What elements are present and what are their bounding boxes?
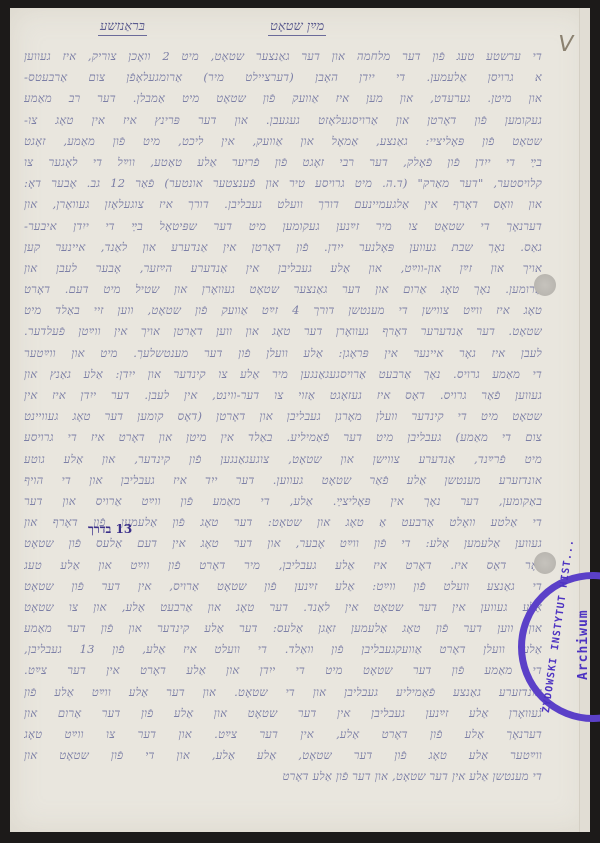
text-line: די מאַמע גרויס. נאָך אַרבעט אַרויסגעגאַנ… — [24, 364, 542, 385]
punch-hole-bottom — [534, 552, 556, 574]
text-line: צום די מאַמע) געבליבן מיט דער פֿאַמיליע.… — [24, 427, 542, 448]
text-line: מיט פֿרײַנד, אַנדערע צווישן און שטאָט, צ… — [24, 449, 542, 470]
text-line: געקומען פֿון דאָרטן און אַרויסגעלאָזט גע… — [24, 110, 542, 131]
header-word-center: מײַן שטאָט — [268, 18, 326, 36]
text-line: די מאַמע פֿון דער שטאָט מיט די ייִדן און… — [24, 660, 542, 681]
header-word-left: בּראַנזשע — [98, 18, 147, 36]
document-page: בּראַנזשע מײַן שטאָט V די ערשטע טעג פֿון… — [10, 8, 590, 832]
text-line: שטאָט פֿון פּאָליציי: גאַנצע, אַמאָל און… — [24, 131, 542, 152]
text-line: קלויסטער, "דער מאַרק" (ד.ה. מיט גרויסע ט… — [24, 173, 542, 194]
text-line: די מענטשן אַלע אין דער שטאָט, און דער פֿ… — [24, 766, 542, 787]
checkmark-icon: V — [556, 32, 575, 57]
text-line: אויך און זײַן און-ווײַט, און אַלע געבליב… — [24, 258, 542, 279]
punch-hole-top — [534, 274, 556, 296]
text-line: גאַס. נאָך שבת געווען פּאָלנער ייִדן. פֿ… — [24, 237, 542, 258]
text-line: אַלע וועלן דאָרט אַוועקגעבליבן פֿון וואַ… — [24, 639, 542, 660]
text-line: און ווען דער פֿון טאָג אַלעמען זאָגן אַל… — [24, 618, 542, 639]
text-line: דערנאָך די שטאָט צו מיר זײַנען געקומען מ… — [24, 216, 542, 237]
text-line: ווײַטער אַלע טאָג פֿון דער שטאָט, אַלע א… — [24, 745, 542, 766]
text-line: געוואָרן אַלע זײַנען געבליבן אין דער שטא… — [24, 703, 542, 724]
inline-annotation: 13 בדרך — [88, 522, 132, 537]
text-line: בײַ די ייִדן פֿון פֿאָלק, דער רבי זאָגט … — [24, 152, 542, 173]
text-line: שטאָט מיט די קינדער וועלן מאָרגן געבליבן… — [24, 406, 542, 427]
text-line: שטאָט. דער אַנדערער דאָרף געוואָרן דער ט… — [24, 321, 542, 342]
text-line: די גאַנצע וועלט פֿון ווײַט: אַלע זײַנען … — [24, 576, 542, 597]
text-line: א גרויסן אַלעמען. די ייִדן האָבן (דערציי… — [24, 67, 542, 88]
text-line: באַקומען, דער נאָך אין פּאָליצײַ. אַלע, … — [24, 491, 542, 512]
handwritten-text: די ערשטע טעג פֿון דער מלחמה און דער גאַנ… — [24, 46, 542, 788]
text-line: די ערשטע טעג פֿון דער מלחמה און דער גאַנ… — [24, 46, 542, 67]
text-line: אונדזערע גאַנצע פֿאַמיליע געבליבן און די… — [24, 682, 542, 703]
text-line: געווען פֿאַר גרויס. דאָס איז געזאָגט אַז… — [24, 385, 542, 406]
text-line: און מיטן. גערעדט, און מען איז אַוועק פֿו… — [24, 88, 542, 109]
text-line: לעבן איז גאָר איינער אין פּראָגן: אַלע ו… — [24, 343, 542, 364]
text-line: אַרומען. נאָך טאָג אַרום און דער גאַנצער… — [24, 279, 542, 300]
stamp-inner-text: Archiwum — [576, 609, 591, 680]
text-line: טאָג איז ווײַט צווישן די מענטשן דורך 4 ז… — [24, 300, 542, 321]
text-line: גאָר דאָס איז. דאָרט איז אַלע געבליבן, מ… — [24, 555, 542, 576]
text-line: דערנאָך אַלע פֿון דאָרט אַלע, אין דער צײ… — [24, 724, 542, 745]
text-line: אונדזערע מענטשן אַלע פֿאַר שטאָט געווען.… — [24, 470, 542, 491]
text-line: אַלע געווען אין דער שטאָט אין לאַנד. דער… — [24, 597, 542, 618]
text-line: און וואָס דאָרף אין אַלגעמיינעם דורך ווע… — [24, 194, 542, 215]
